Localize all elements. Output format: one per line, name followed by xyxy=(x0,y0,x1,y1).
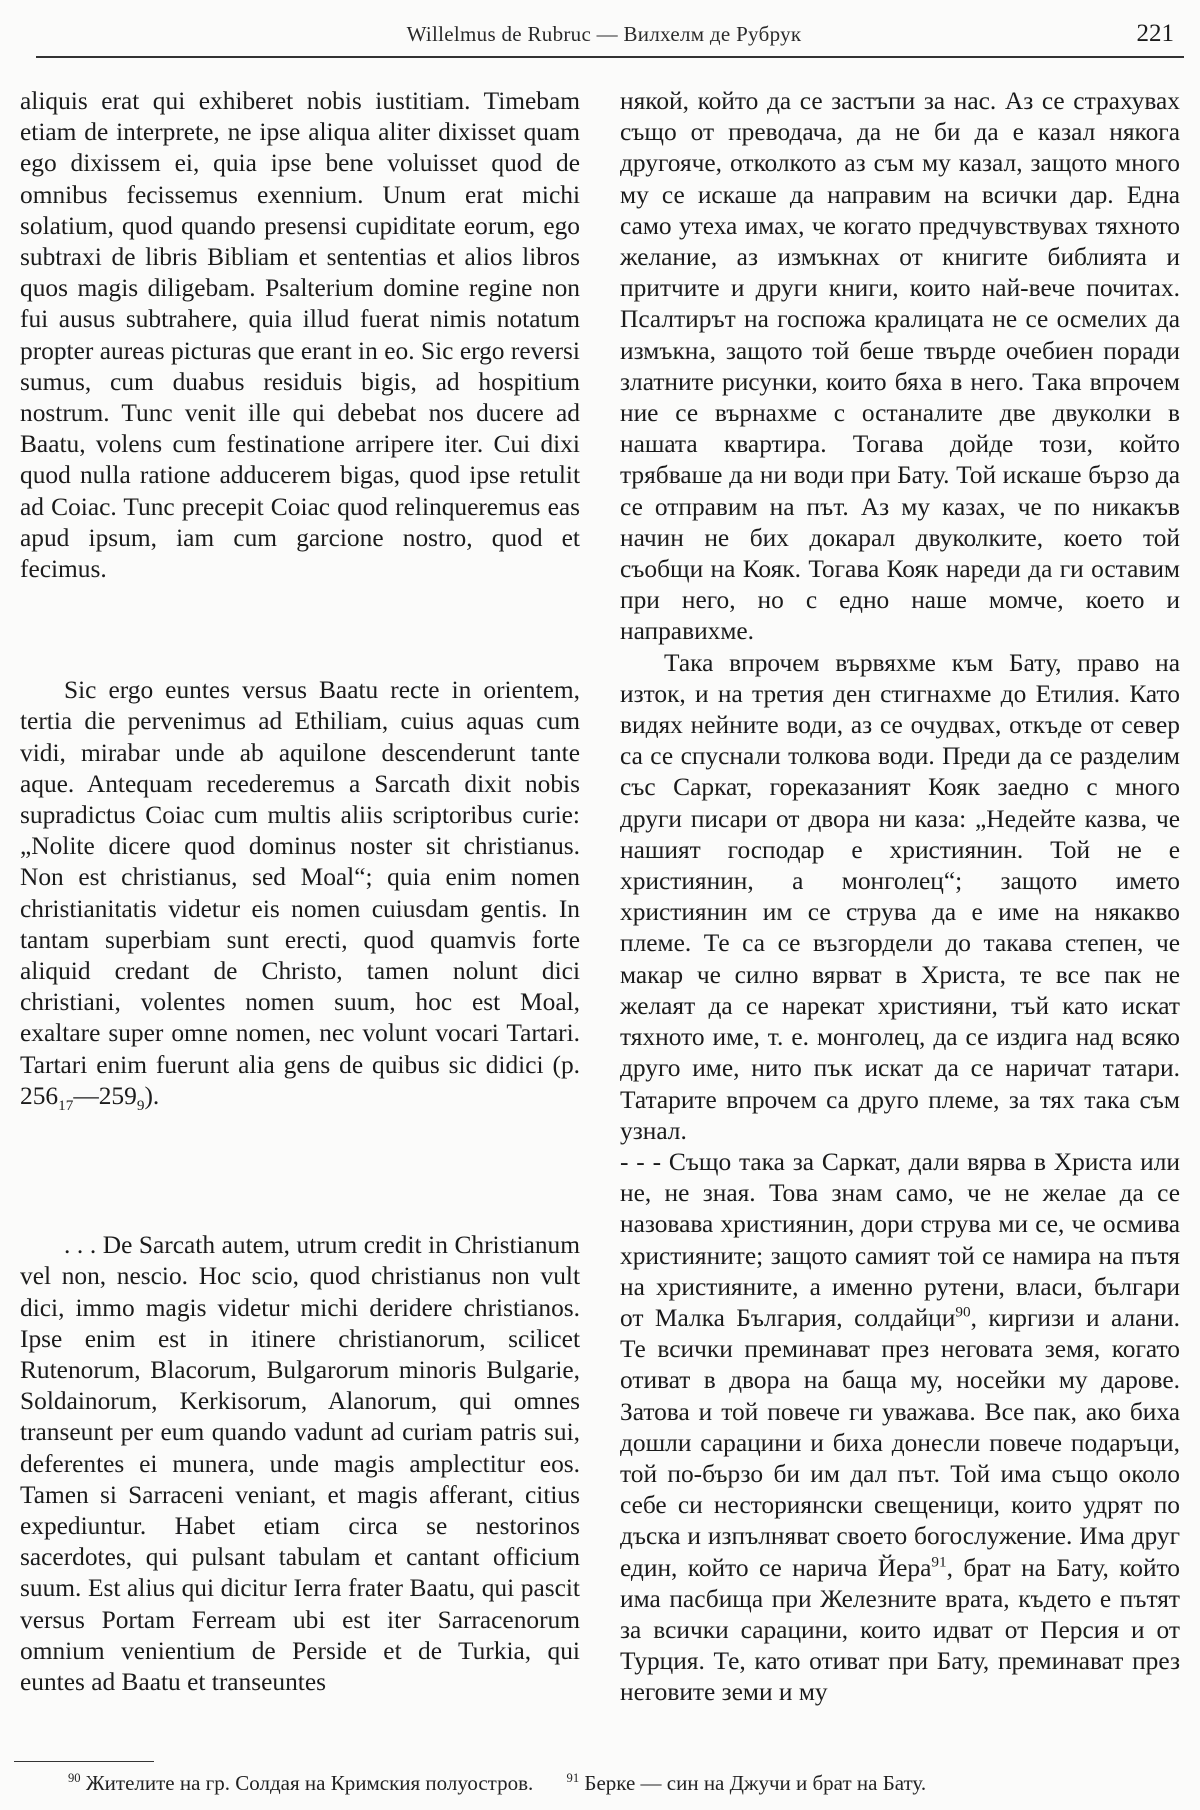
paragraph-gap xyxy=(20,585,580,675)
bulgarian-column: някой, който да се застъпи за нас. Аз се… xyxy=(620,86,1180,1709)
footnote-rule xyxy=(14,1761,154,1762)
latin-paragraph-2-text: Sic ergo euntes versus Baatu recte in or… xyxy=(20,676,580,1078)
latin-column: aliquis erat qui exhiberet nobis iustiti… xyxy=(20,86,580,1698)
bulgarian-paragraph-2: Така впрочем вървяхме към Бату, право на… xyxy=(620,648,1180,1147)
paragraph-gap xyxy=(20,1112,580,1230)
footnotes: 90 Жителите на гр. Солдая на Кримския по… xyxy=(68,1771,1188,1796)
latin-paragraph-2: Sic ergo euntes versus Baatu recte in or… xyxy=(20,675,580,1112)
bulgarian-paragraph-3: - - - Също така за Саркат, дали вярва в … xyxy=(620,1147,1180,1709)
running-header: Willelmus de Rubruc — Вилхелм де Рубрук … xyxy=(24,14,1184,54)
running-title: Willelmus de Rubruc — Вилхелм де Рубрук xyxy=(24,22,1184,47)
footnote-91: 91 Берке — син на Джучи и брат на Бату. xyxy=(567,1771,927,1795)
footnote-ref-90[interactable]: 90 xyxy=(955,1303,970,1320)
latin-paragraph-3: . . . De Sarcath autem, utrum credit in … xyxy=(20,1230,580,1698)
header-rule xyxy=(36,56,1184,58)
footnote-ref-91[interactable]: 91 xyxy=(931,1553,946,1570)
page-number: 221 xyxy=(1137,20,1175,48)
latin-paragraph-1: aliquis erat qui exhiberet nobis iustiti… xyxy=(20,86,580,585)
bulgarian-paragraph-1: някой, който да се застъпи за нас. Аз се… xyxy=(620,86,1180,648)
footnote-90: 90 Жителите на гр. Солдая на Кримския по… xyxy=(68,1771,533,1795)
